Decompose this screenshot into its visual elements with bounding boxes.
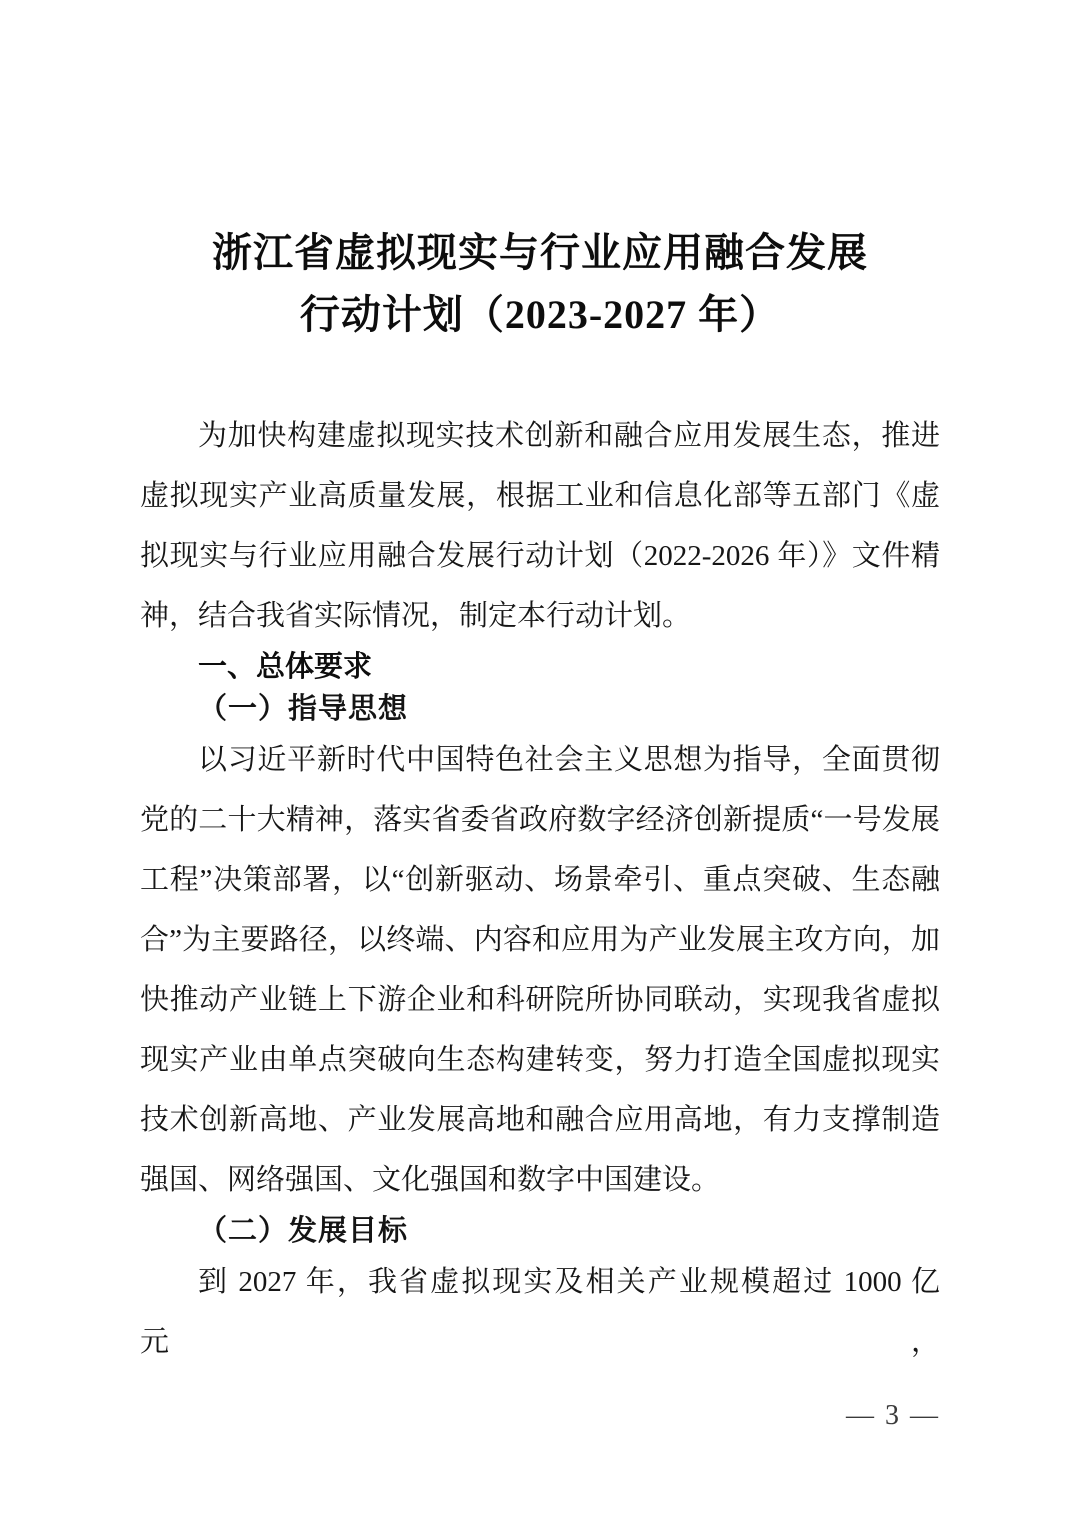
subheading-development-goals: （二）发展目标 bbox=[140, 1210, 940, 1252]
body-line: 强国、网络强国、文化强国和数字中国建设。 bbox=[140, 1150, 940, 1210]
document-title: 浙江省虚拟现实与行业应用融合发展 行动计划（2023-2027 年） bbox=[140, 222, 940, 346]
document-content: 浙江省虚拟现实与行业应用融合发展 行动计划（2023-2027 年） 为加快构建… bbox=[0, 0, 1080, 1372]
body-line: 以习近平新时代中国特色社会主义思想为指导，全面贯彻 bbox=[140, 730, 940, 790]
body-line: 现实产业由单点突破向生态构建转变，努力打造全国虚拟现实 bbox=[140, 1030, 940, 1090]
document-title-line-2: 行动计划（2023-2027 年） bbox=[140, 284, 940, 346]
subheading-guiding-ideology: （一）指导思想 bbox=[140, 688, 940, 730]
document-page: 浙江省虚拟现实与行业应用融合发展 行动计划（2023-2027 年） 为加快构建… bbox=[0, 0, 1080, 1527]
section-heading-overall-requirements: 一、总体要求 bbox=[140, 646, 940, 688]
page-number: — 3 — bbox=[846, 1396, 940, 1436]
body-line: 为加快构建虚拟现实技术创新和融合应用发展生态，推进 bbox=[140, 406, 940, 466]
body-line: 技术创新高地、产业发展高地和融合应用高地，有力支撑制造 bbox=[140, 1090, 940, 1150]
body-line: 到 2027 年，我省虚拟现实及相关产业规模超过 1000 亿元， bbox=[140, 1252, 940, 1372]
body-line: 拟现实与行业应用融合发展行动计划（2022-2026 年）》文件精 bbox=[140, 526, 940, 586]
body-line: 神，结合我省实际情况，制定本行动计划。 bbox=[140, 586, 940, 646]
body-line: 快推动产业链上下游企业和科研院所协同联动，实现我省虚拟 bbox=[140, 970, 940, 1030]
body-line: 工程”决策部署，以“创新驱动、场景牵引、重点突破、生态融 bbox=[140, 850, 940, 910]
document-title-line-1: 浙江省虚拟现实与行业应用融合发展 bbox=[140, 222, 940, 284]
body-line: 合”为主要路径，以终端、内容和应用为产业发展主攻方向，加 bbox=[140, 910, 940, 970]
body-line: 党的二十大精神，落实省委省政府数字经济创新提质“一号发展 bbox=[140, 790, 940, 850]
development-goals-paragraph: 到 2027 年，我省虚拟现实及相关产业规模超过 1000 亿元， bbox=[140, 1252, 940, 1372]
intro-paragraph: 为加快构建虚拟现实技术创新和融合应用发展生态，推进 虚拟现实产业高质量发展，根据… bbox=[140, 406, 940, 646]
body-line: 虚拟现实产业高质量发展，根据工业和信息化部等五部门《虚 bbox=[140, 466, 940, 526]
guiding-ideology-paragraph: 以习近平新时代中国特色社会主义思想为指导，全面贯彻 党的二十大精神，落实省委省政… bbox=[140, 730, 940, 1210]
